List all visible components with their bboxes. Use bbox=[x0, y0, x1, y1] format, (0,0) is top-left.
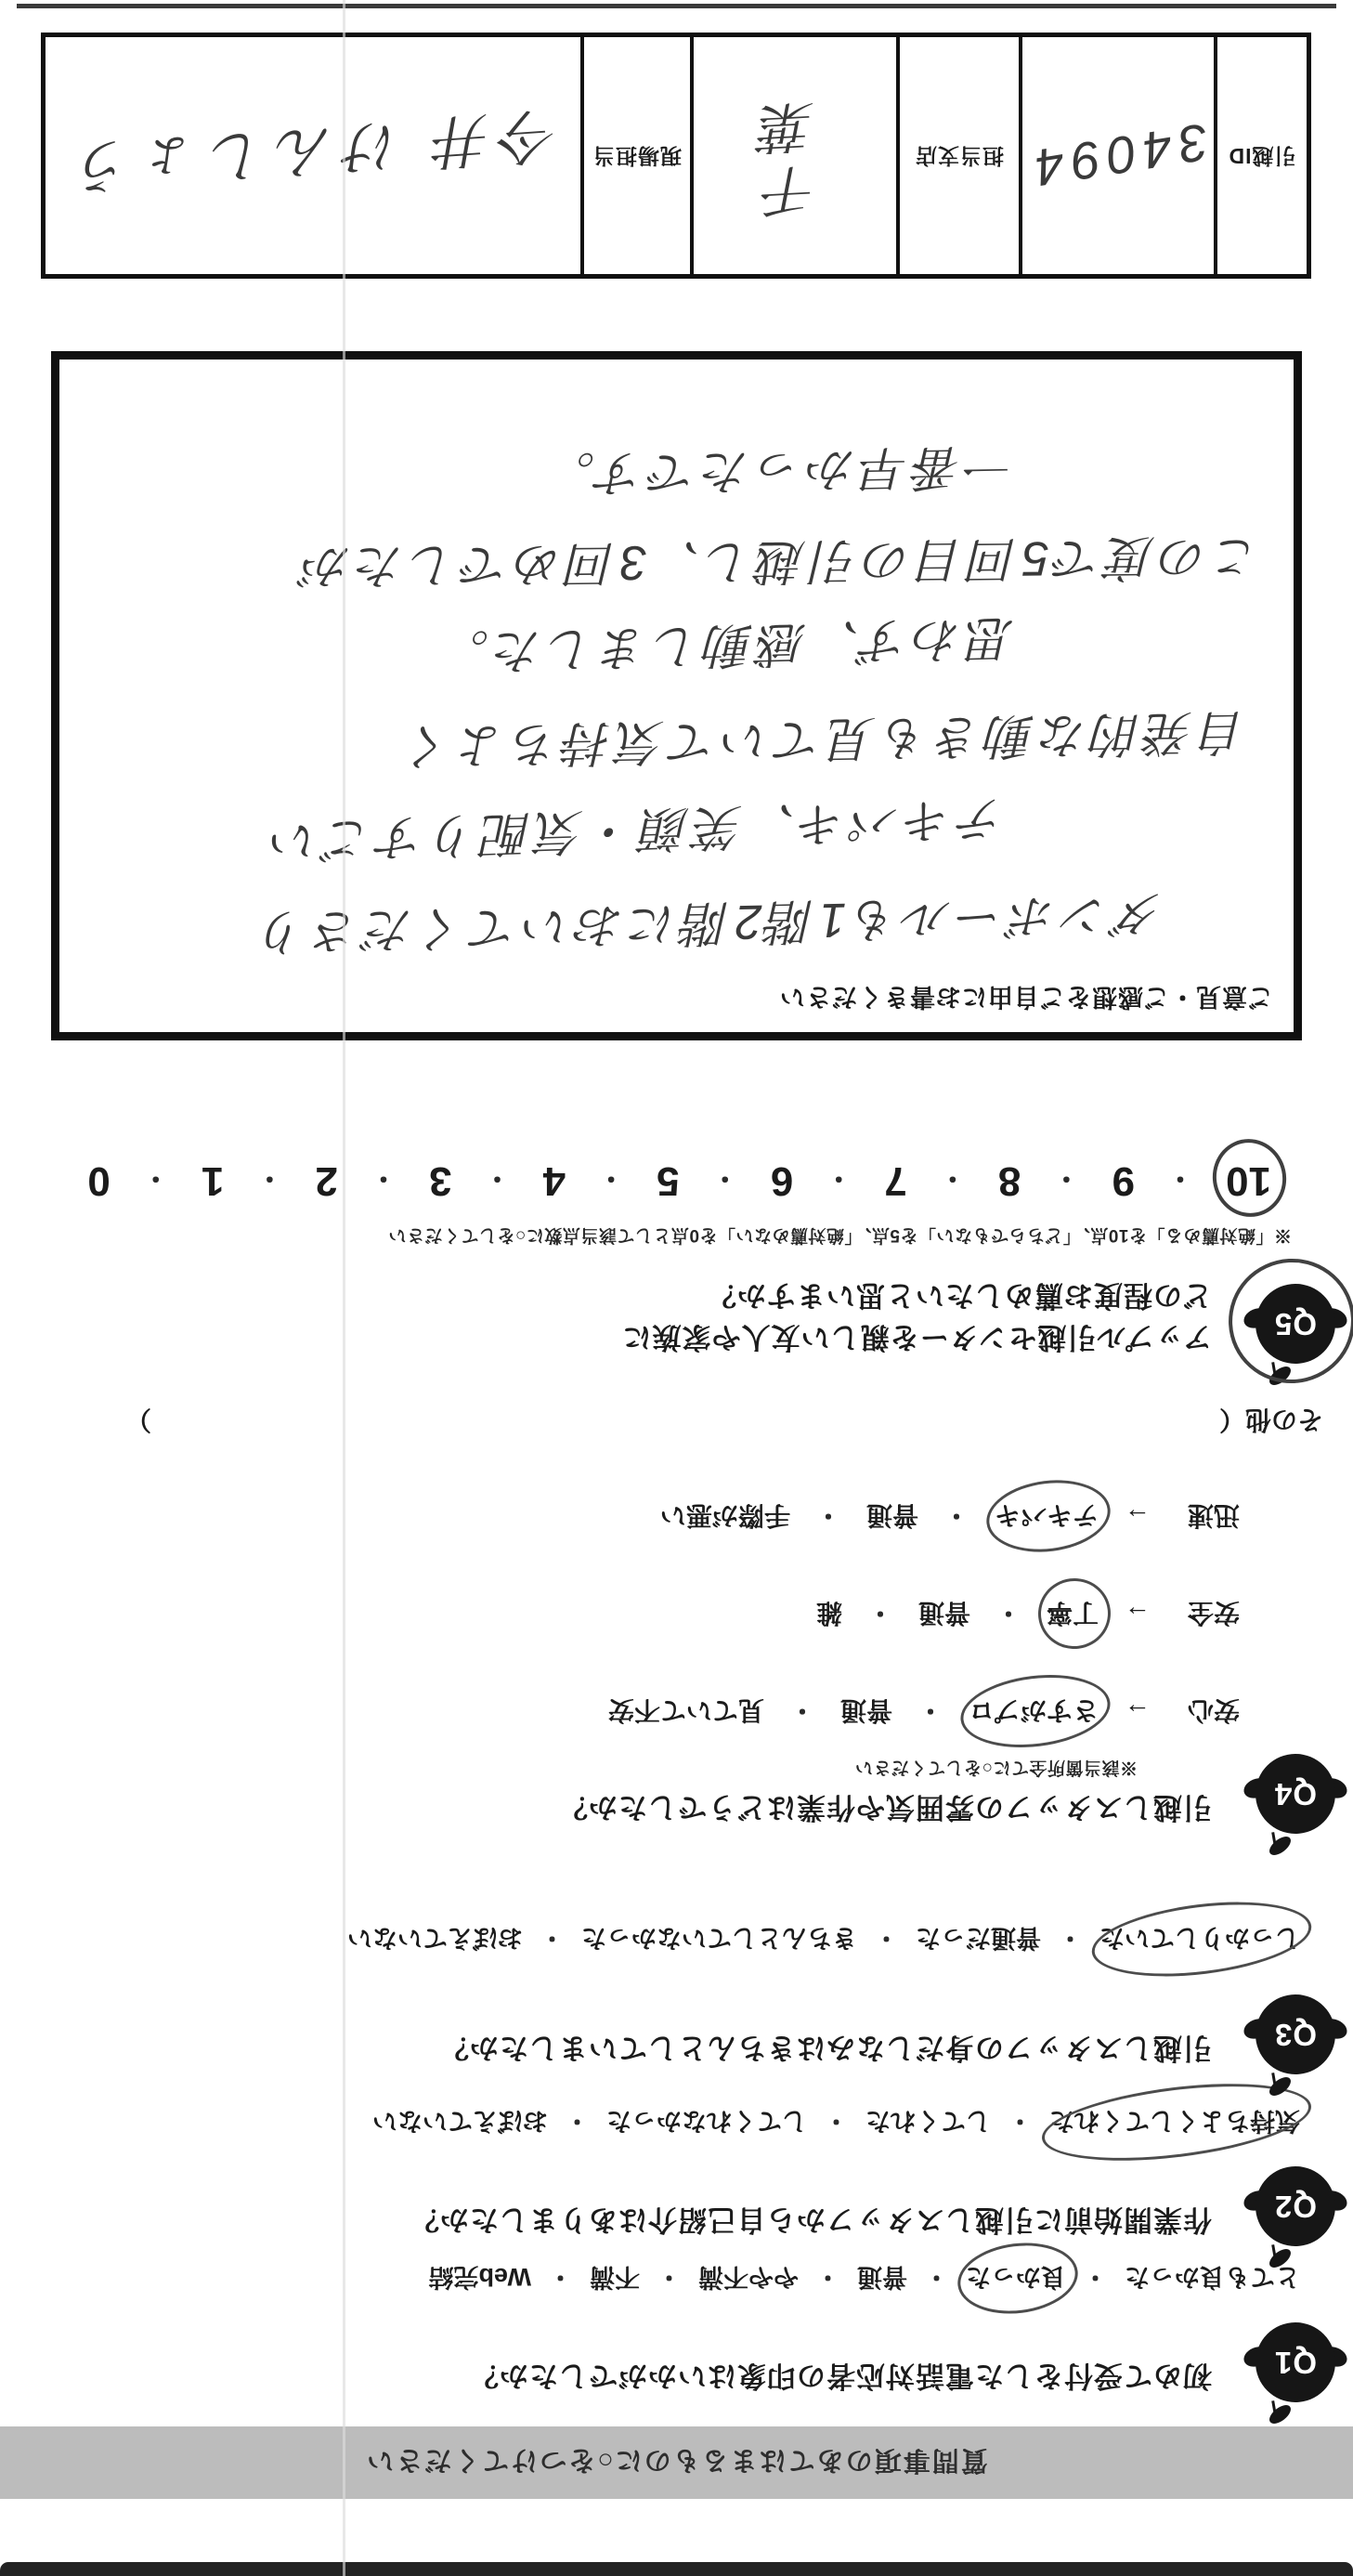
q4-badge-label: Q4 bbox=[1255, 1754, 1335, 1834]
q5-note: ※「絶対薦める」を10点、「どちらでもない」を5点、「絶対薦めない」を0点として… bbox=[9, 1224, 1353, 1249]
instruction-bar: 質問事項のあてはまるものに○をつけてください bbox=[0, 2426, 1353, 2499]
answer-option-circled: しっかりしていた bbox=[1099, 1922, 1300, 1958]
q3-mascot-badge-icon: Q3 bbox=[1249, 1988, 1342, 2081]
row-label: 迅速 bbox=[1167, 1498, 1240, 1536]
scan-fold-line bbox=[343, 0, 345, 2576]
scale-value-2: 2 bbox=[315, 1157, 337, 1204]
comment-box: ご意見・ご感想をご自由にお書きください ダンボールも1階2階においてくださりテキ… bbox=[51, 351, 1302, 1040]
option-separator-dot: ・ bbox=[924, 2263, 949, 2291]
comment-box-label: ご意見・ご感想をご自由にお書きください bbox=[59, 981, 1294, 1032]
q4-header: Q4 引越しスタッフの雰囲気や作業はどうでしたか？ ※該当箇所全てに○をしてくだ… bbox=[9, 1757, 1353, 1840]
q5-mascot-badge-icon: Q5 bbox=[1249, 1277, 1342, 1370]
q5-badge-label: Q5 bbox=[1255, 1284, 1335, 1364]
option-separator-dot: ・ bbox=[815, 1498, 841, 1536]
answer-option-circled: さすがプロ bbox=[969, 1693, 1099, 1731]
badge-wing-icon bbox=[1241, 1304, 1271, 1331]
scan-edge-dark bbox=[0, 2562, 1353, 2576]
site-staff-label: 現場担当 bbox=[592, 142, 682, 170]
answer-option: 普通 bbox=[866, 1498, 918, 1536]
q5-header: Q5 アップル引越センターを親しい友人や家族に どの程度お薦めしたいと思いますか… bbox=[9, 1274, 1353, 1370]
answer-option: 不満 bbox=[590, 2261, 640, 2297]
option-separator-dot: ・ bbox=[874, 1924, 899, 1952]
site-staff-value-cell: 今井 けんしょう bbox=[46, 37, 580, 274]
q3-badge-label: Q3 bbox=[1255, 1994, 1335, 2074]
scale-value-8: 8 bbox=[998, 1157, 1021, 1204]
question-q2: Q2 作業開始前に引越しスタッフから自己紹介はありましたか？ 気持ちよくしてくれ… bbox=[9, 2105, 1353, 2253]
row-label: 安全 bbox=[1167, 1596, 1240, 1633]
option-separator-dot: ・ bbox=[995, 1596, 1021, 1633]
answer-option: 普通 bbox=[857, 2261, 907, 2297]
q4-rating-rows: 安心→さすがプロ・普通・見ていて不安安全→丁寧・普通・雑迅速→テキパキ・普通・手… bbox=[9, 1496, 1353, 1733]
option-separator-dot: ・ bbox=[565, 2107, 590, 2135]
option-separator-dot: ・ bbox=[1083, 2263, 1108, 2291]
option-separator-dot: ・ bbox=[867, 1596, 893, 1633]
q4-other-row: その他（ ） bbox=[9, 1403, 1353, 1440]
answer-option: 普通 bbox=[918, 1596, 970, 1633]
scale-value-7: 7 bbox=[884, 1157, 906, 1204]
scale-separator-dot: ・ bbox=[939, 1160, 967, 1201]
answer-option: 普通 bbox=[840, 1693, 892, 1731]
arrow-icon: → bbox=[1125, 1697, 1151, 1727]
scale-separator-dot: ・ bbox=[142, 1160, 170, 1201]
branch-label: 担当支店 bbox=[915, 142, 1004, 170]
scale-separator-dot: ・ bbox=[1052, 1160, 1080, 1201]
option-separator-dot: ・ bbox=[1058, 1924, 1083, 1952]
answer-option: おぼえていない bbox=[347, 1922, 523, 1958]
q1-options: とても良かった・良かった・普通・やや不満・不満・Web完結 bbox=[9, 2261, 1353, 2297]
badge-leaf-icon bbox=[1267, 1833, 1294, 1859]
q1-badge-label: Q1 bbox=[1255, 2322, 1335, 2402]
scale-separator-dot: ・ bbox=[255, 1160, 283, 1201]
option-separator-dot: ・ bbox=[540, 1924, 565, 1952]
handwritten-line: 思わず、感動しました。 bbox=[59, 611, 1015, 687]
moving-id-label: 引越ID bbox=[1229, 142, 1296, 170]
answer-option: きちんとしていなかった bbox=[581, 1922, 857, 1958]
answer-option: やや不満 bbox=[698, 2261, 799, 2297]
moving-id-value-cell: 34094 bbox=[1019, 37, 1214, 274]
handwritten-line: ダンボールも1階2階においてくださり bbox=[59, 887, 1164, 961]
q4-row-安全: 安全→丁寧・普通・雑 bbox=[9, 1593, 1240, 1635]
question-q5: Q5 アップル引越センターを親しい友人や家族に どの程度お薦めしたいと思いますか… bbox=[9, 1157, 1353, 1370]
moving-id-label-cell: 引越ID bbox=[1214, 37, 1307, 274]
scale-separator-dot: ・ bbox=[711, 1160, 739, 1201]
scan-rotated-content: 質問事項のあてはまるものに○をつけてください Q1 初めて受付をした電話対応者の… bbox=[0, 0, 1353, 2576]
scale-value-9: 9 bbox=[1112, 1157, 1134, 1204]
q1-title: 初めて受付をした電話対応者の印象はいかがでしたか？ bbox=[9, 2354, 1353, 2409]
answer-option: 普通だった bbox=[916, 1922, 1041, 1958]
site-staff-label-cell: 現場担当 bbox=[580, 37, 690, 274]
scale-separator-dot: ・ bbox=[825, 1160, 852, 1201]
q2-mascot-badge-icon: Q2 bbox=[1249, 2160, 1342, 2253]
scale-separator-dot: ・ bbox=[370, 1160, 397, 1201]
answer-option-circled: 気持ちよくしてくれた bbox=[1049, 2105, 1300, 2141]
q2-header: Q2 作業開始前に引越しスタッフから自己紹介はありましたか？ bbox=[9, 2160, 1353, 2253]
answer-option: してくれた bbox=[865, 2105, 991, 2141]
header-id-row: 引越ID 34094 担当支店 千葉 現場担当 今井 けんしょう bbox=[41, 33, 1311, 279]
scale-value-5: 5 bbox=[657, 1157, 679, 1204]
answer-option: 手際が悪い bbox=[660, 1498, 790, 1536]
scale-value-1: 1 bbox=[202, 1157, 224, 1204]
answer-option: Web完結 bbox=[428, 2261, 531, 2297]
handwritten-line: 一番早かったです。 bbox=[59, 439, 1016, 507]
q1-mascot-badge-icon: Q1 bbox=[1249, 2316, 1342, 2409]
other-close-label: ） bbox=[125, 1403, 151, 1440]
q5-title: アップル引越センターを親しい友人や家族に どの程度お薦めしたいと思いますか？ bbox=[9, 1274, 1353, 1370]
q4-mascot-badge-icon: Q4 bbox=[1249, 1747, 1342, 1840]
branch-label-cell: 担当支店 bbox=[896, 37, 1019, 274]
q4-row-安心: 安心→さすがプロ・普通・見ていて不安 bbox=[9, 1691, 1240, 1733]
option-separator-dot: ・ bbox=[917, 1693, 943, 1731]
scale-value-6: 6 bbox=[771, 1157, 793, 1204]
option-separator-dot: ・ bbox=[548, 2263, 573, 2291]
q2-badge-label: Q2 bbox=[1255, 2166, 1335, 2246]
answer-option-circled: 丁寧 bbox=[1047, 1596, 1099, 1633]
answer-option-circled: テキパキ bbox=[995, 1498, 1099, 1536]
q2-title: 作業開始前に引越しスタッフから自己紹介はありましたか？ bbox=[9, 2198, 1353, 2253]
scale-separator-dot: ・ bbox=[1166, 1160, 1194, 1201]
badge-leaf-icon bbox=[1267, 1363, 1294, 1389]
scale-separator-dot: ・ bbox=[597, 1160, 625, 1201]
option-separator-dot: ・ bbox=[789, 1693, 815, 1731]
option-separator-dot: ・ bbox=[943, 1498, 969, 1536]
q5-score-scale: 10・9・8・7・6・5・4・3・2・1・0 bbox=[9, 1157, 1353, 1204]
scale-value-3: 3 bbox=[429, 1157, 451, 1204]
scanned-survey-page: 質問事項のあてはまるものに○をつけてください Q1 初めて受付をした電話対応者の… bbox=[0, 0, 1353, 2576]
q3-header: Q3 引越しスタッフの身だしなみはきちんとしていましたか？ bbox=[9, 1988, 1353, 2081]
q2-options: 気持ちよくしてくれた・してくれた・してくれなかった・おぼえていない bbox=[9, 2105, 1353, 2141]
scale-value-0: 0 bbox=[87, 1157, 110, 1204]
answer-option: 見ていて不安 bbox=[608, 1693, 764, 1731]
row-label: 安心 bbox=[1167, 1693, 1240, 1731]
option-separator-dot: ・ bbox=[815, 2263, 840, 2291]
answer-option: おぼえていない bbox=[372, 2105, 548, 2141]
arrow-icon: → bbox=[1125, 1502, 1151, 1532]
other-open-label: その他（ bbox=[1219, 1403, 1323, 1440]
question-q1: Q1 初めて受付をした電話対応者の印象はいかがでしたか？ とても良かった・良かっ… bbox=[9, 2261, 1353, 2409]
question-q4: Q4 引越しスタッフの雰囲気や作業はどうでしたか？ ※該当箇所全てに○をしてくだ… bbox=[9, 1403, 1353, 1840]
scale-value-10-circled: 10 bbox=[1226, 1157, 1271, 1204]
scan-edge-thin bbox=[17, 4, 1336, 8]
handwritten-line: テキパキ、笑顔・気配りすごい bbox=[59, 792, 1006, 873]
question-q3: Q3 引越しスタッフの身だしなみはきちんとしていましたか？ しっかりしていた・普… bbox=[9, 1922, 1353, 2081]
instruction-bar-text: 質問事項のあてはまるものに○をつけてください bbox=[365, 2444, 988, 2482]
handwritten-line: この度で5回目の引越し、3回めでしたが bbox=[59, 530, 1262, 593]
q1-header: Q1 初めて受付をした電話対応者の印象はいかがでしたか？ bbox=[9, 2316, 1353, 2409]
q4-row-迅速: 迅速→テキパキ・普通・手際が悪い bbox=[9, 1496, 1240, 1537]
branch-handwritten-value: 千葉 bbox=[752, 90, 837, 220]
answer-option: 雑 bbox=[816, 1596, 842, 1633]
answer-option: してくれなかった bbox=[606, 2105, 807, 2141]
option-separator-dot: ・ bbox=[657, 2263, 682, 2291]
scale-value-4: 4 bbox=[543, 1157, 566, 1204]
q3-title: 引越しスタッフの身だしなみはきちんとしていましたか？ bbox=[9, 2026, 1353, 2081]
moving-id-handwritten-value: 34094 bbox=[1023, 111, 1212, 200]
q5-title-line2: どの程度お薦めしたいと思いますか？ bbox=[9, 1274, 1212, 1315]
q4-note: ※該当箇所全てに○をしてください bbox=[9, 1757, 1353, 1782]
q3-options: しっかりしていた・普通だった・きちんとしていなかった・おぼえていない bbox=[9, 1922, 1353, 1958]
handwritten-comment: ダンボールも1階2階においてくださりテキパキ、笑顔・気配りすごい自発的な動きも見… bbox=[59, 448, 1294, 949]
badge-wing-icon bbox=[1319, 1304, 1349, 1331]
scale-separator-dot: ・ bbox=[484, 1160, 512, 1201]
option-separator-dot: ・ bbox=[1008, 2107, 1033, 2135]
answer-option-circled: 良かった bbox=[966, 2261, 1066, 2297]
branch-value-cell: 千葉 bbox=[690, 37, 896, 274]
arrow-icon: → bbox=[1125, 1600, 1151, 1629]
q4-title: 引越しスタッフの雰囲気や作業はどうでしたか？ bbox=[9, 1785, 1353, 1840]
q5-title-line1: アップル引越センターを親しい友人や家族に bbox=[9, 1315, 1212, 1357]
option-separator-dot: ・ bbox=[824, 2107, 849, 2135]
handwritten-line: 自発的な動きも見ていて気持ちよく bbox=[59, 705, 1248, 777]
site-staff-handwritten-name: 今井 けんしょう bbox=[64, 98, 562, 215]
badge-leaf-icon bbox=[1267, 2401, 1294, 2427]
